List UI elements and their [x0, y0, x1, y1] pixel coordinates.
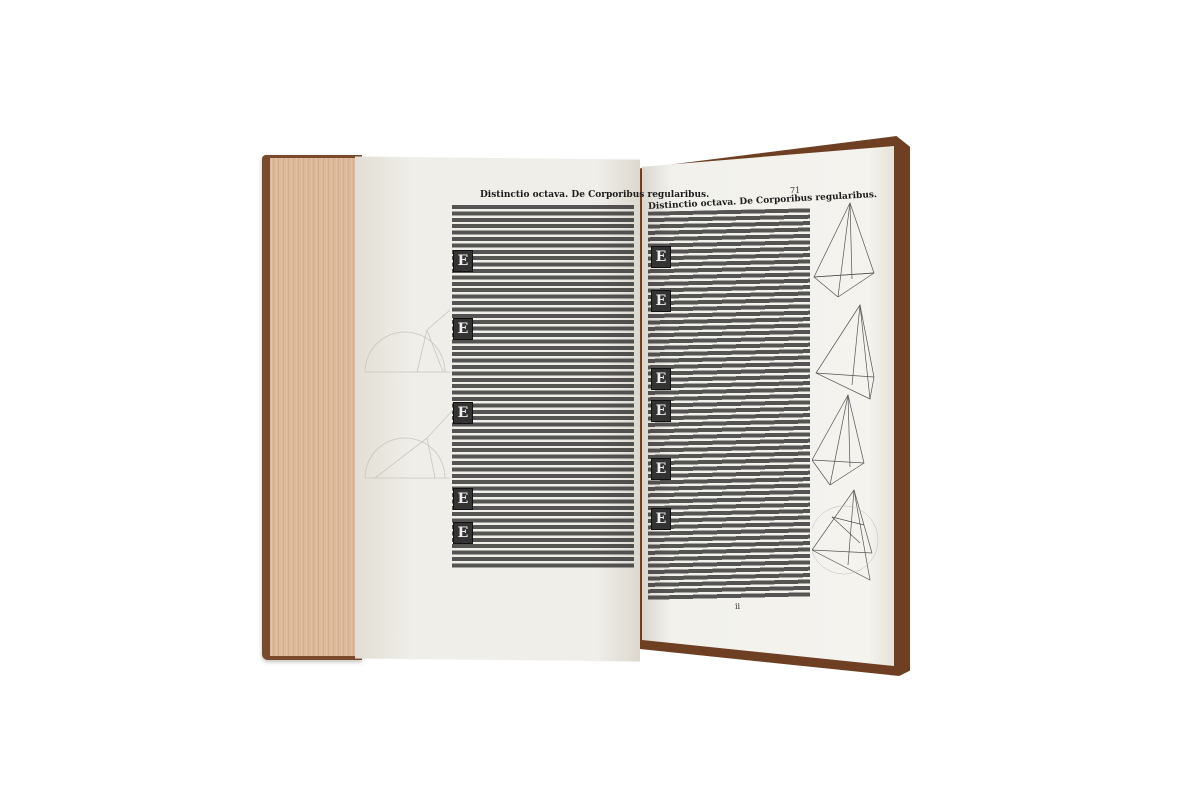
pyramid-diagrams — [812, 195, 882, 595]
folio-number: 71 — [790, 186, 800, 195]
book-photo: Distinctio octava. De Corporibus regular… — [0, 0, 1200, 800]
faint-semicircle-diagram — [355, 310, 465, 500]
drop-cap: E — [651, 508, 671, 530]
drop-cap: E — [453, 522, 473, 544]
drop-cap: E — [651, 400, 671, 422]
left-text-block — [452, 205, 634, 570]
drop-cap: E — [651, 368, 671, 390]
left-running-head: Distinctio octava. De Corporibus regular… — [480, 190, 709, 200]
fore-edge — [270, 158, 360, 656]
drop-cap: E — [453, 250, 473, 272]
drop-cap: E — [651, 290, 671, 312]
drop-cap: E — [651, 458, 671, 480]
right-text-block — [648, 208, 810, 601]
signature-mark: ii — [735, 602, 740, 611]
drop-cap: E — [651, 246, 671, 268]
